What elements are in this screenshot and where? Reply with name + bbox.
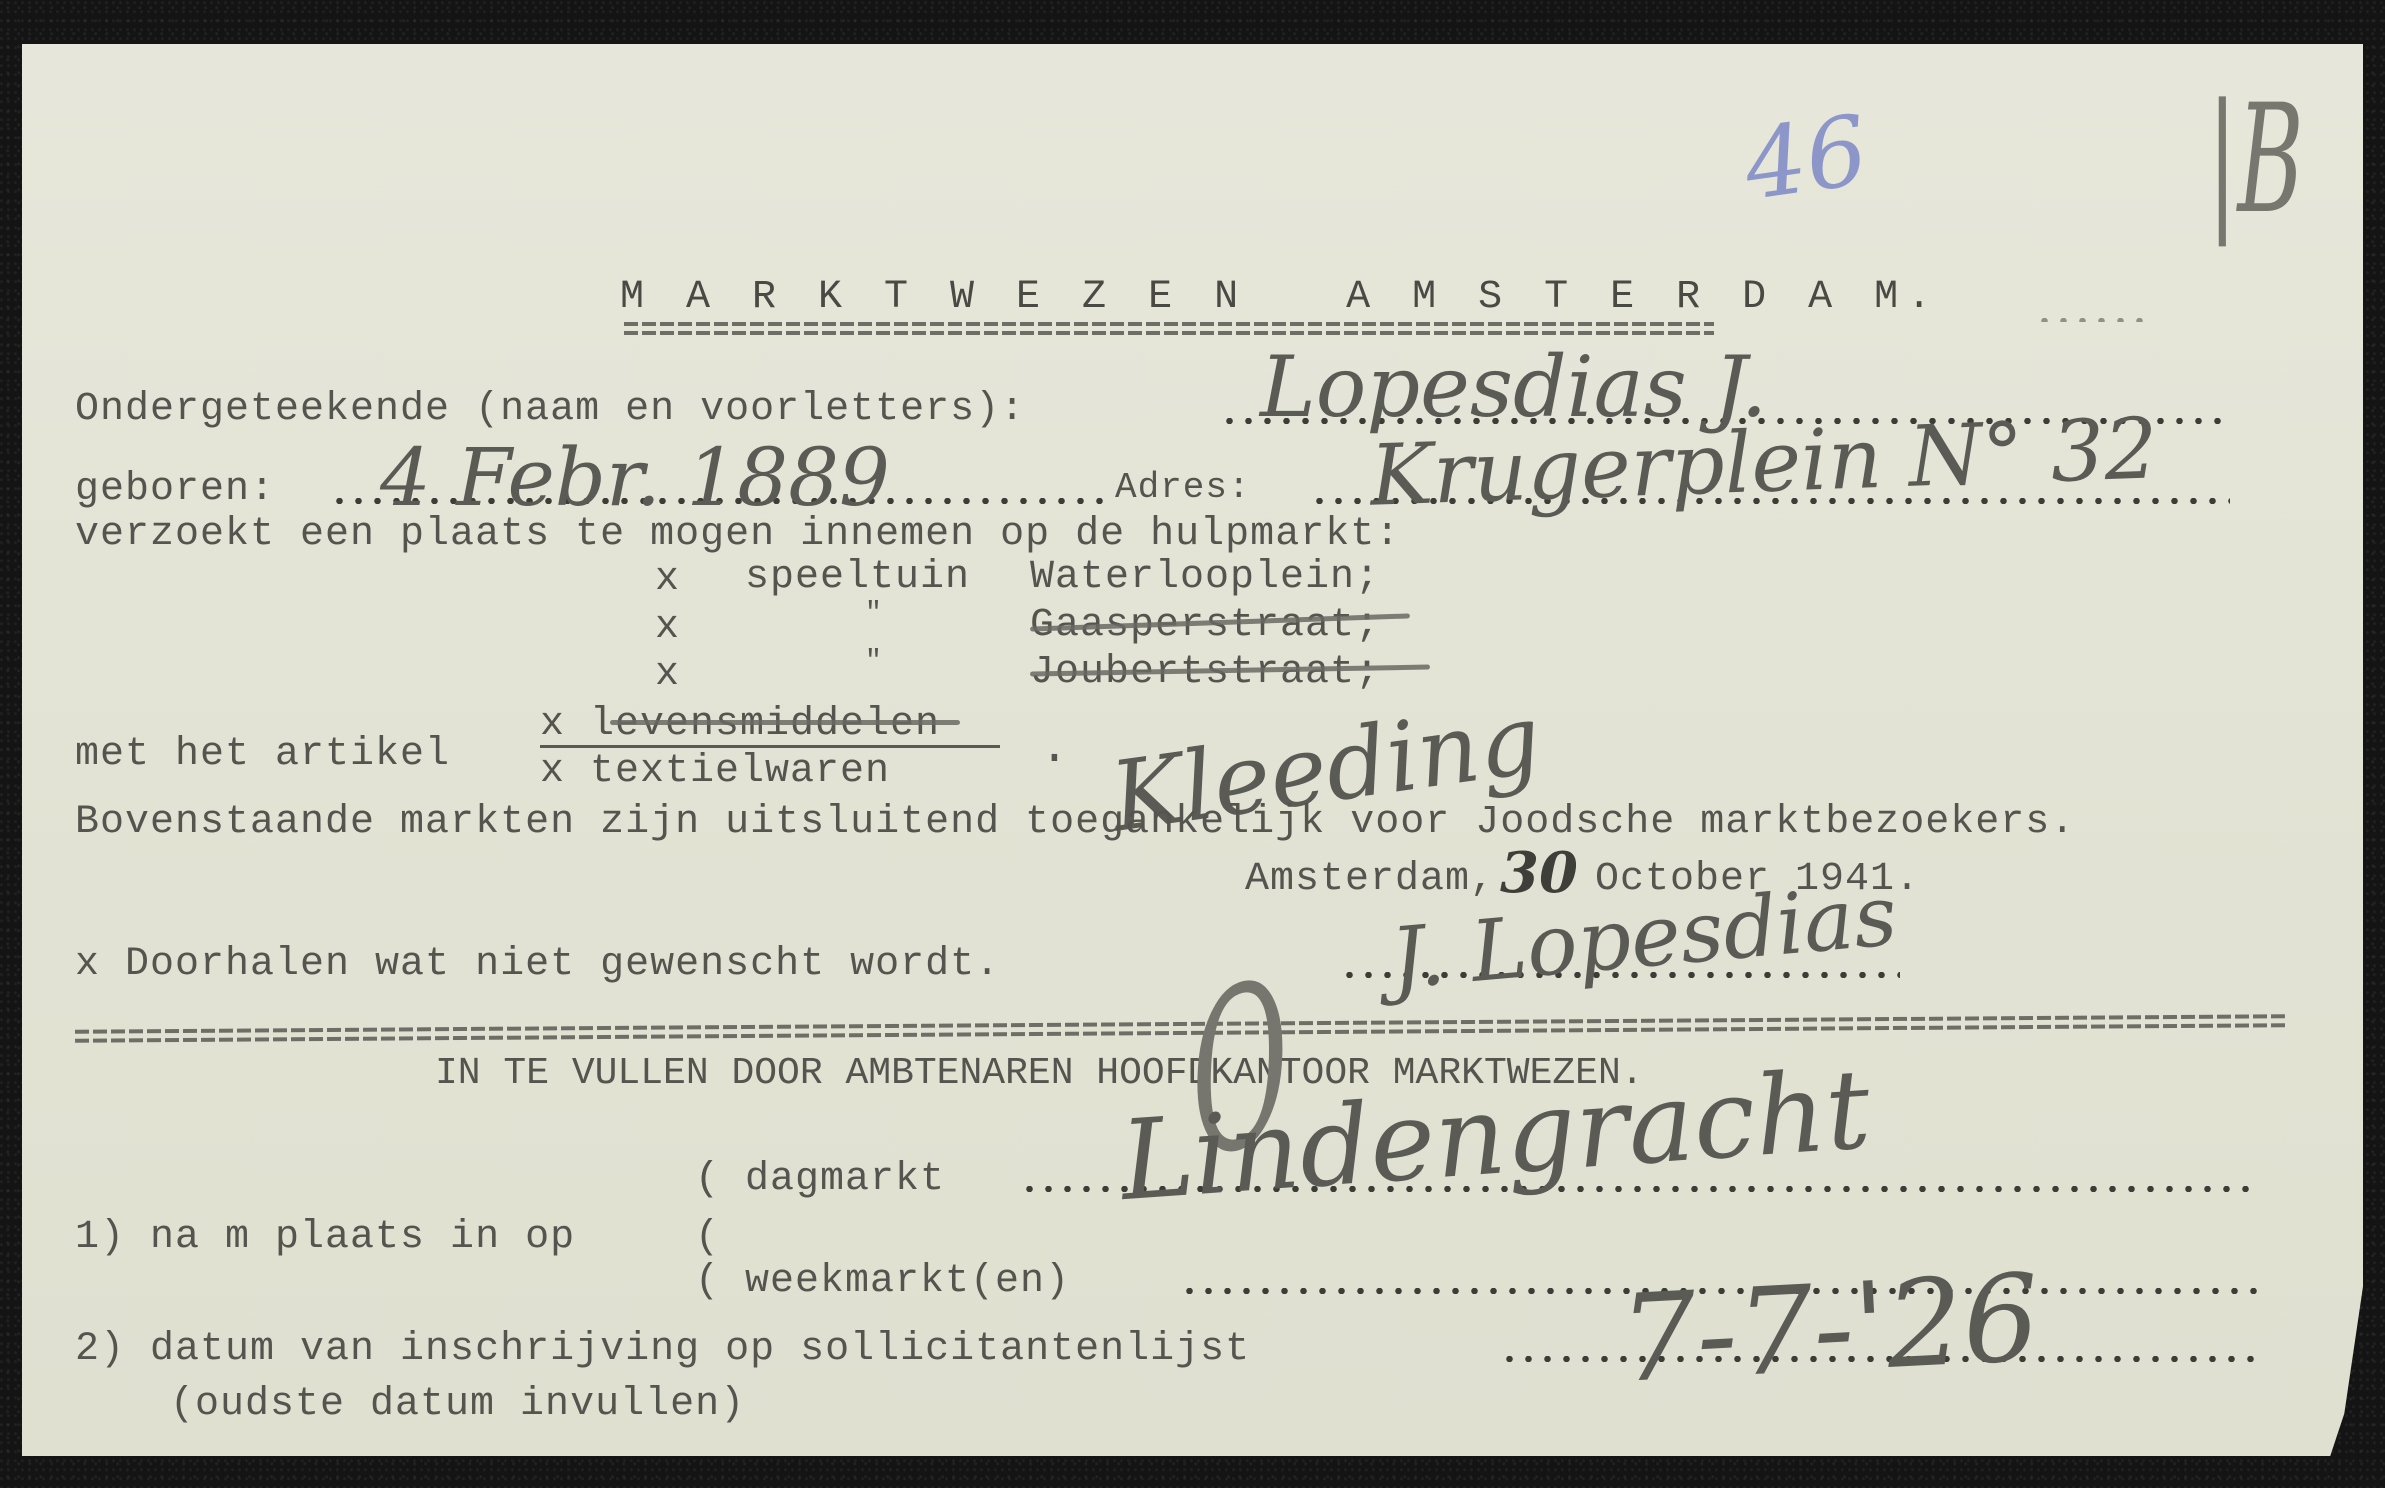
address-label: Adres: [1115,470,1251,506]
article-end-mark: . [1040,725,1070,773]
footnote: x Doorhalen wat niet gewenscht wordt. [75,945,1000,985]
request-line: verzoekt een plaats te mogen innemen op … [75,515,1400,555]
pencil-mark-annotation: |B [2207,85,2303,235]
market-option-prefix: speeltuin [745,558,970,598]
market-option-mark: x [655,560,680,600]
name-label: Ondergeteekende (naam en voorletters): [75,390,1025,430]
article-label: met het artikel [75,735,450,775]
title-trailing-dots [2035,318,2145,322]
market-option-place: Waterlooplein; [1030,558,1380,598]
weekmarkt-label: ( weekmarkt(en) [695,1262,1070,1302]
day-handwritten: 30 [1500,845,1578,901]
item2-label: 2) datum van inschrijving op sollicitant… [75,1330,1250,1370]
market-option-prefix: " [865,600,883,628]
born-handwritten-value: 4 Febr. 1889 [380,438,890,518]
dagmarkt-label: ( dagmarkt [695,1160,945,1200]
address-handwritten-value: Krugerplein N° 32 [1369,406,2159,517]
born-label: geboren: [75,470,275,510]
place-label: Amsterdam, [1245,860,1495,900]
item2-handwritten-value: 7-7-'26 [1617,1259,2042,1401]
article-option-top: x levensmiddelen [540,705,940,745]
document-title: M A R K T W E Z E N A M S T E R D A M. [620,278,1940,318]
item1-label: 1) na m plaats in op [75,1218,575,1258]
title-double-underline [624,322,1714,336]
notice-line: Bovenstaande markten zijn uitsluitend to… [75,803,2075,843]
market-option-mark: x [655,608,680,648]
article-option-bottom: x textielwaren [540,752,890,792]
item2-sub-label: (oudste datum invullen) [170,1385,745,1425]
market-option-mark: x [655,655,680,695]
market-option-prefix: " [865,648,883,676]
blue-number-annotation: 46 [1739,102,1873,214]
bracket: ( [695,1218,720,1258]
article-fraction-line [540,745,1000,748]
strikethrough [610,720,960,725]
